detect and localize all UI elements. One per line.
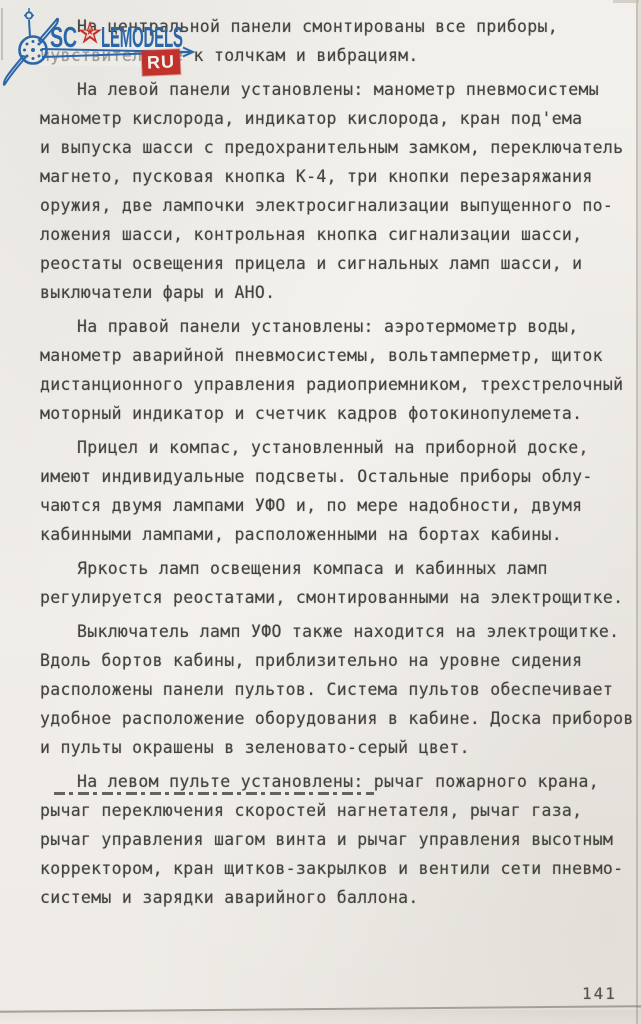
text-line: манометр кислорода, индикатор кислорода,… xyxy=(40,104,634,133)
text-line: расположены панели пультов. Система пуль… xyxy=(40,675,634,704)
page-edge-shade-bottom xyxy=(0,1010,641,1024)
text-line: Выключатель ламп УФО также находится на … xyxy=(40,617,634,646)
scan-artifact-top-right xyxy=(613,0,639,3)
text-line: рычаг переключения скоростей нагнетателя… xyxy=(40,796,634,825)
scanned-document-page: На центральной панели смонтированы все п… xyxy=(0,0,641,1024)
text-line: На левом пульте установлены: рычаг пожар… xyxy=(40,767,634,796)
text-line: и пульты окрашены в зеленовато-серый цве… xyxy=(40,733,634,762)
text-line: системы и зарядки аварийного баллона. xyxy=(40,883,634,912)
text-line: кабинными лампами, расположенными на бор… xyxy=(40,520,634,549)
text-line: корректором, кран щитков-закрылков и вен… xyxy=(40,854,634,883)
text-line: На центральной панели смонтированы все п… xyxy=(40,12,634,41)
text-line: моторный индикатор и счетчик кадров фото… xyxy=(40,399,634,428)
text-line: имеют индивидуальные подсветы. Остальные… xyxy=(40,462,634,491)
text-line: чаются двумя лампами УФО и, по мере надо… xyxy=(40,491,634,520)
text-line: выключатели фары и АНО. xyxy=(40,278,634,307)
scan-artifact-left xyxy=(1,8,3,60)
page-number: 141 xyxy=(582,984,617,1003)
text-line: Прицел и компас, установленный на прибор… xyxy=(40,433,634,462)
text-line: дистанционного управления радиоприемнико… xyxy=(40,370,634,399)
watermark-fade-smudge xyxy=(40,44,182,66)
page-edge-line-right xyxy=(636,0,638,1024)
text-line: оружия, две лампочки электросигнализации… xyxy=(40,191,634,220)
text-line: Вдоль бортов кабины, приблизительно на у… xyxy=(40,646,634,675)
dashed-underline xyxy=(54,792,374,795)
text-line: рычаг управления шагом винта и рычаг упр… xyxy=(40,825,634,854)
text-line: Яркость ламп освещения компаса и кабинны… xyxy=(40,554,634,583)
text-line: удобное расположение оборудования в каби… xyxy=(40,704,634,733)
text-line: На левой панели установлены: манометр пн… xyxy=(40,75,634,104)
text-line: регулируется реостатами, смонтированными… xyxy=(40,583,634,612)
text-block: На центральной панели смонтированы все п… xyxy=(40,12,634,912)
text-line: На правой панели установлены: аэротермом… xyxy=(40,312,634,341)
text-line: и выпуска шасси с предохранительным замк… xyxy=(40,133,634,162)
text-line: реостаты освещения прицела и сигнальных … xyxy=(40,249,634,278)
text-line: манометр аварийной пневмосистемы, вольта… xyxy=(40,341,634,370)
text-line: ложения шасси, контрольная кнопка сигнал… xyxy=(40,220,634,249)
text-line: магнето, пусковая кнопка К-4, три кнопки… xyxy=(40,162,634,191)
